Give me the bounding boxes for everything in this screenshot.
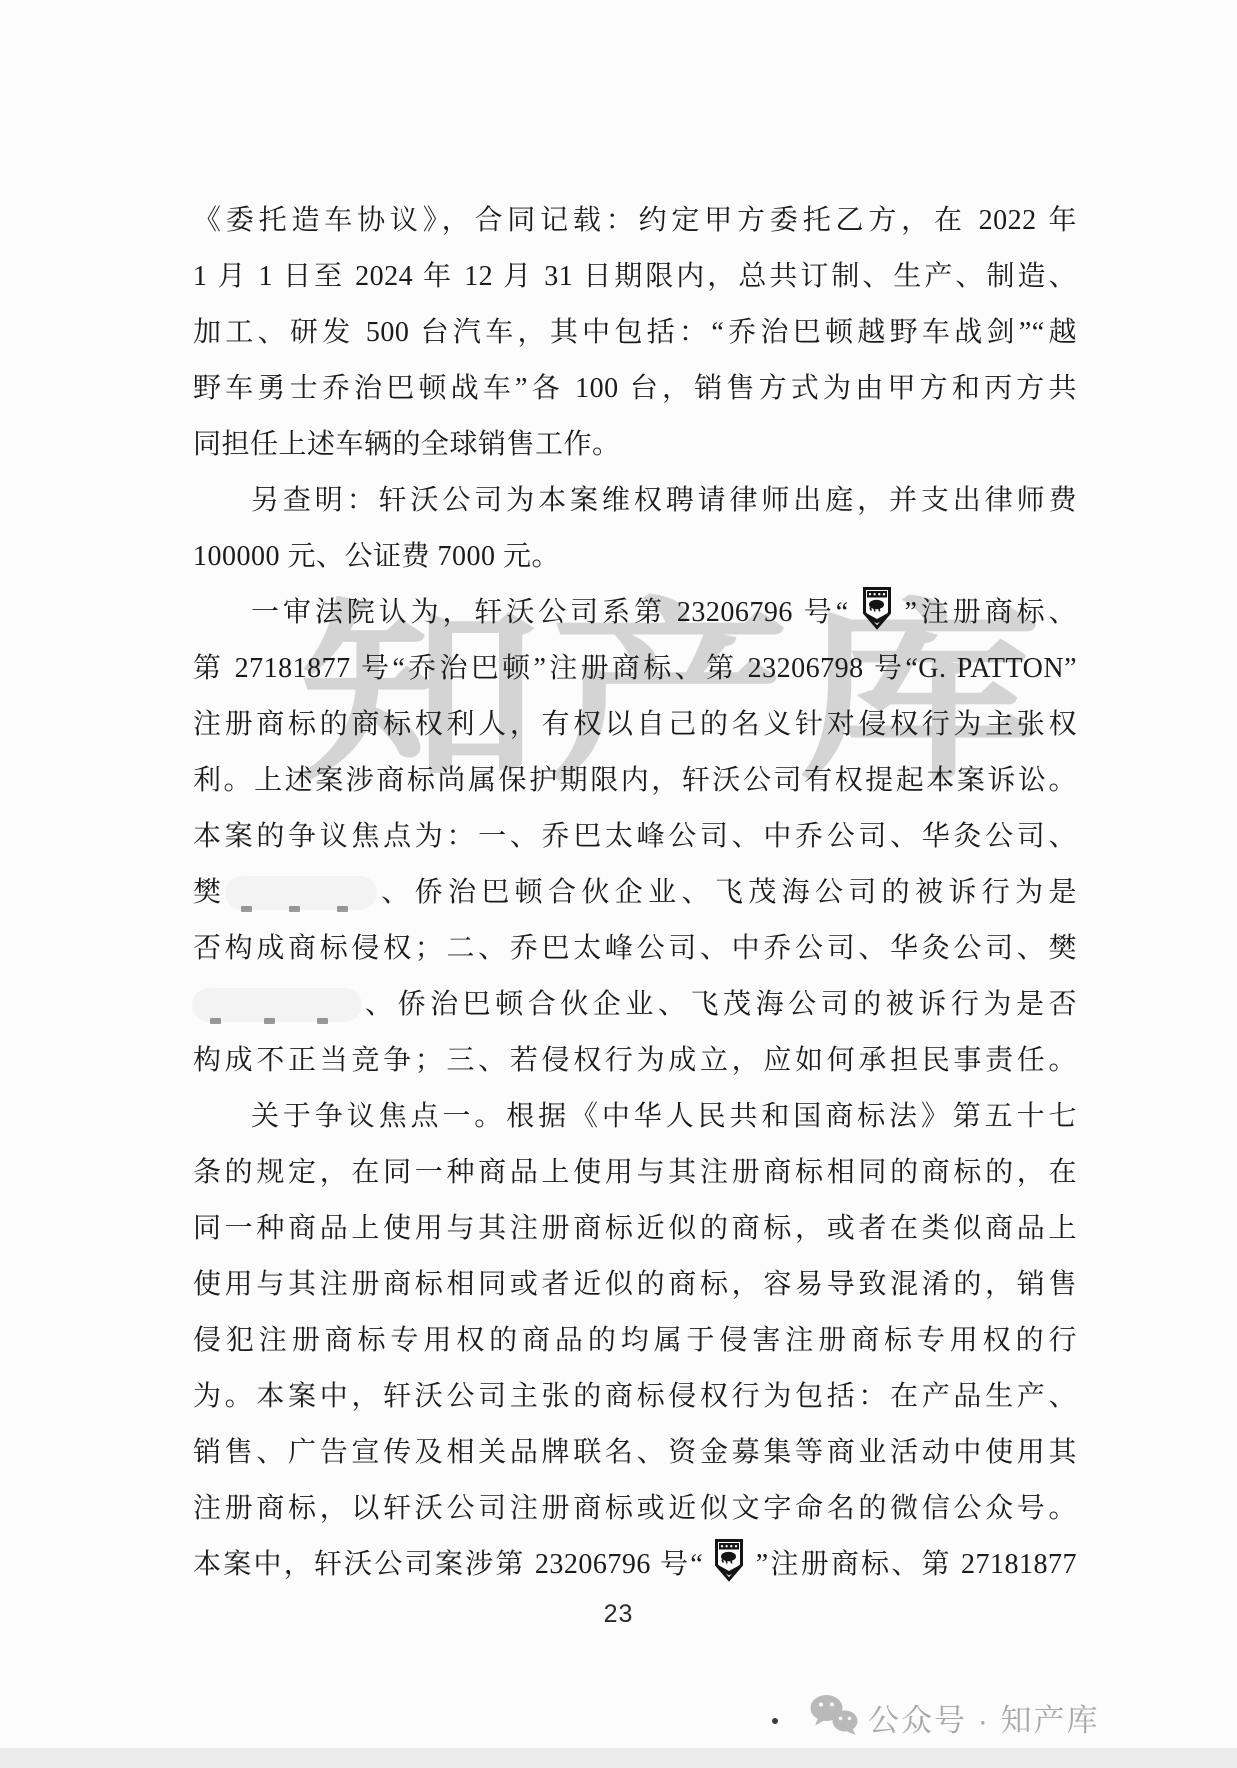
text-line: 野车勇士乔治巴顿战车”各 100 台，销售方式为由甲方和丙方共 (193, 361, 1077, 417)
text-line: 侵犯注册商标专用权的商品的均属于侵害注册商标专用权的行 (193, 1313, 1077, 1369)
line-text: 同担任上述车辆的全球销售工作。 (193, 429, 621, 460)
footer-dot (772, 1718, 778, 1724)
line-text: 侵犯注册商标专用权的商品的均属于侵害注册商标专用权的行 (193, 1325, 1077, 1356)
line-text: 注册商标，以轩沃公司注册商标或近似文字命名的微信公众号。 (193, 1493, 1077, 1524)
text-line: 本案的争议焦点为：一、乔巴太峰公司、中乔公司、华灸公司、 (193, 809, 1077, 865)
redaction-peek-stroke (210, 1018, 221, 1024)
line-text: 1 月 1 日至 2024 年 12 月 31 日期限内，总共订制、生产、制造、 (193, 261, 1077, 292)
line-text: 利。上述案涉商标尚属保护期限内，轩沃公司有权提起本案诉讼。 (193, 765, 1077, 796)
text-line: 条的规定，在同一种商品上使用与其注册商标相同的商标的，在 (193, 1145, 1077, 1201)
line-text: 第 27181877 号“乔治巴顿”注册商标、第 23206798 号“G. P… (193, 653, 1077, 684)
line-text: 本案中，轩沃公司案涉第 23206796 号“ (193, 1549, 703, 1580)
text-line: 一审法院认为，轩沃公司系第 23206796 号“ ”注册商标、 (193, 585, 1077, 641)
text-line: 同担任上述车辆的全球销售工作。 (193, 417, 1077, 473)
footer-account-label: 公众号 · 知产库 (868, 1695, 1100, 1740)
redaction-peek-stroke (317, 1018, 328, 1024)
text-line: 加工、研发 500 台汽车，其中包括：“乔治巴顿越野车战剑”“越 (193, 305, 1077, 361)
redacted-name-box (193, 989, 361, 1021)
redaction-peek-stroke (241, 906, 252, 912)
text-line: 构成不正当竞争；三、若侵权行为成立，应如何承担民事责任。 (193, 1033, 1077, 1089)
line-text: 一审法院认为，轩沃公司系第 23206796 号“ (251, 597, 849, 628)
line-text: 为。本案中，轩沃公司主张的商标侵权行为包括：在产品生产、 (193, 1381, 1077, 1412)
line-text: 同一种商品上使用与其注册商标近似的商标，或者在类似商品上 (193, 1213, 1077, 1244)
line-text: 关于争议焦点一。根据《中华人民共和国商标法》第五十七 (251, 1101, 1077, 1132)
text-line: 关于争议焦点一。根据《中华人民共和国商标法》第五十七 (193, 1089, 1077, 1145)
text-line: 本案中，轩沃公司案涉第 23206796 号“ ”注册商标、第 27181877 (193, 1537, 1077, 1593)
redacted-name-box (226, 877, 376, 909)
text-line: 樊、侨治巴顿合伙企业、飞茂海公司的被诉行为是 (193, 865, 1077, 921)
line-text: 条的规定，在同一种商品上使用与其注册商标相同的商标的，在 (193, 1157, 1077, 1188)
text-line: 同一种商品上使用与其注册商标近似的商标，或者在类似商品上 (193, 1201, 1077, 1257)
line-text: 、侨治巴顿合伙企业、飞茂海公司的被诉行为是否 (361, 989, 1077, 1020)
line-text: 、侨治巴顿合伙企业、飞茂海公司的被诉行为是 (376, 877, 1077, 908)
line-text: 注册商标的商标权利人，有权以自己的名义针对侵权行为主张权 (193, 709, 1077, 740)
line-text: 另查明：轩沃公司为本案维权聘请律师出庭，并支出律师费 (251, 485, 1077, 516)
line-text: 樊 (193, 877, 226, 908)
text-line: 销售、广告宣传及相关品牌联名、资金募集等商业活动中使用其 (193, 1425, 1077, 1481)
text-line: 、侨治巴顿合伙企业、飞茂海公司的被诉行为是否 (193, 977, 1077, 1033)
line-text: 《委托造车协议》，合同记载：约定甲方委托乙方，在 2022 年 (193, 205, 1077, 236)
line-text: 野车勇士乔治巴顿战车”各 100 台，销售方式为由甲方和丙方共 (193, 373, 1077, 404)
line-text: ”注册商标、 (904, 597, 1077, 628)
text-line: 使用与其注册商标相同或者近似的商标，容易导致混淆的，销售 (193, 1257, 1077, 1313)
line-text: ”注册商标、第 27181877 (756, 1549, 1077, 1580)
scanned-court-document-page: 知产库 《委托造车协议》，合同记载：约定甲方委托乙方，在 2022 年1 月 1… (0, 0, 1237, 1768)
text-line: 第 27181877 号“乔治巴顿”注册商标、第 23206798 号“G. P… (193, 641, 1077, 697)
bottom-gray-bar (0, 1748, 1237, 1768)
redaction-peek-stroke (264, 1018, 275, 1024)
text-line: 另查明：轩沃公司为本案维权聘请律师出庭，并支出律师费 (193, 473, 1077, 529)
line-text: 否构成商标侵权；二、乔巴太峰公司、中乔公司、华灸公司、樊 (193, 933, 1077, 964)
text-line: 《委托造车协议》，合同记载：约定甲方委托乙方，在 2022 年 (193, 193, 1077, 249)
document-lines: 《委托造车协议》，合同记载：约定甲方委托乙方，在 2022 年1 月 1 日至 … (193, 193, 1077, 1593)
line-text: 100000 元、公证费 7000 元。 (193, 541, 560, 572)
document-body: 《委托造车协议》，合同记载：约定甲方委托乙方，在 2022 年1 月 1 日至 … (193, 193, 1077, 1593)
text-line: 否构成商标侵权；二、乔巴太峰公司、中乔公司、华灸公司、樊 (193, 921, 1077, 977)
line-text: 本案的争议焦点为：一、乔巴太峰公司、中乔公司、华灸公司、 (193, 821, 1077, 852)
text-line: 注册商标的商标权利人，有权以自己的名义针对侵权行为主张权 (193, 697, 1077, 753)
line-text: 销售、广告宣传及相关品牌联名、资金募集等商业活动中使用其 (193, 1437, 1077, 1468)
line-text: 构成不正当竞争；三、若侵权行为成立，应如何承担民事责任。 (193, 1045, 1077, 1076)
wechat-icon (810, 1694, 858, 1741)
line-text: 加工、研发 500 台汽车，其中包括：“乔治巴顿越野车战剑”“越 (193, 317, 1077, 348)
page-number: 23 (0, 1600, 1237, 1629)
text-line: 利。上述案涉商标尚属保护期限内，轩沃公司有权提起本案诉讼。 (193, 753, 1077, 809)
text-line: 100000 元、公证费 7000 元。 (193, 529, 1077, 585)
text-line: 为。本案中，轩沃公司主张的商标侵权行为包括：在产品生产、 (193, 1369, 1077, 1425)
redaction-peek-stroke (337, 906, 348, 912)
text-line: 注册商标，以轩沃公司注册商标或近似文字命名的微信公众号。 (193, 1481, 1077, 1537)
footer-brand: 公众号 · 知产库 (810, 1694, 1100, 1741)
redaction-peek-stroke (289, 906, 300, 912)
line-text: 使用与其注册商标相同或者近似的商标，容易导致混淆的，销售 (193, 1269, 1077, 1300)
text-line: 1 月 1 日至 2024 年 12 月 31 日期限内，总共订制、生产、制造、 (193, 249, 1077, 305)
boar-shield-trademark-icon (714, 1538, 744, 1602)
